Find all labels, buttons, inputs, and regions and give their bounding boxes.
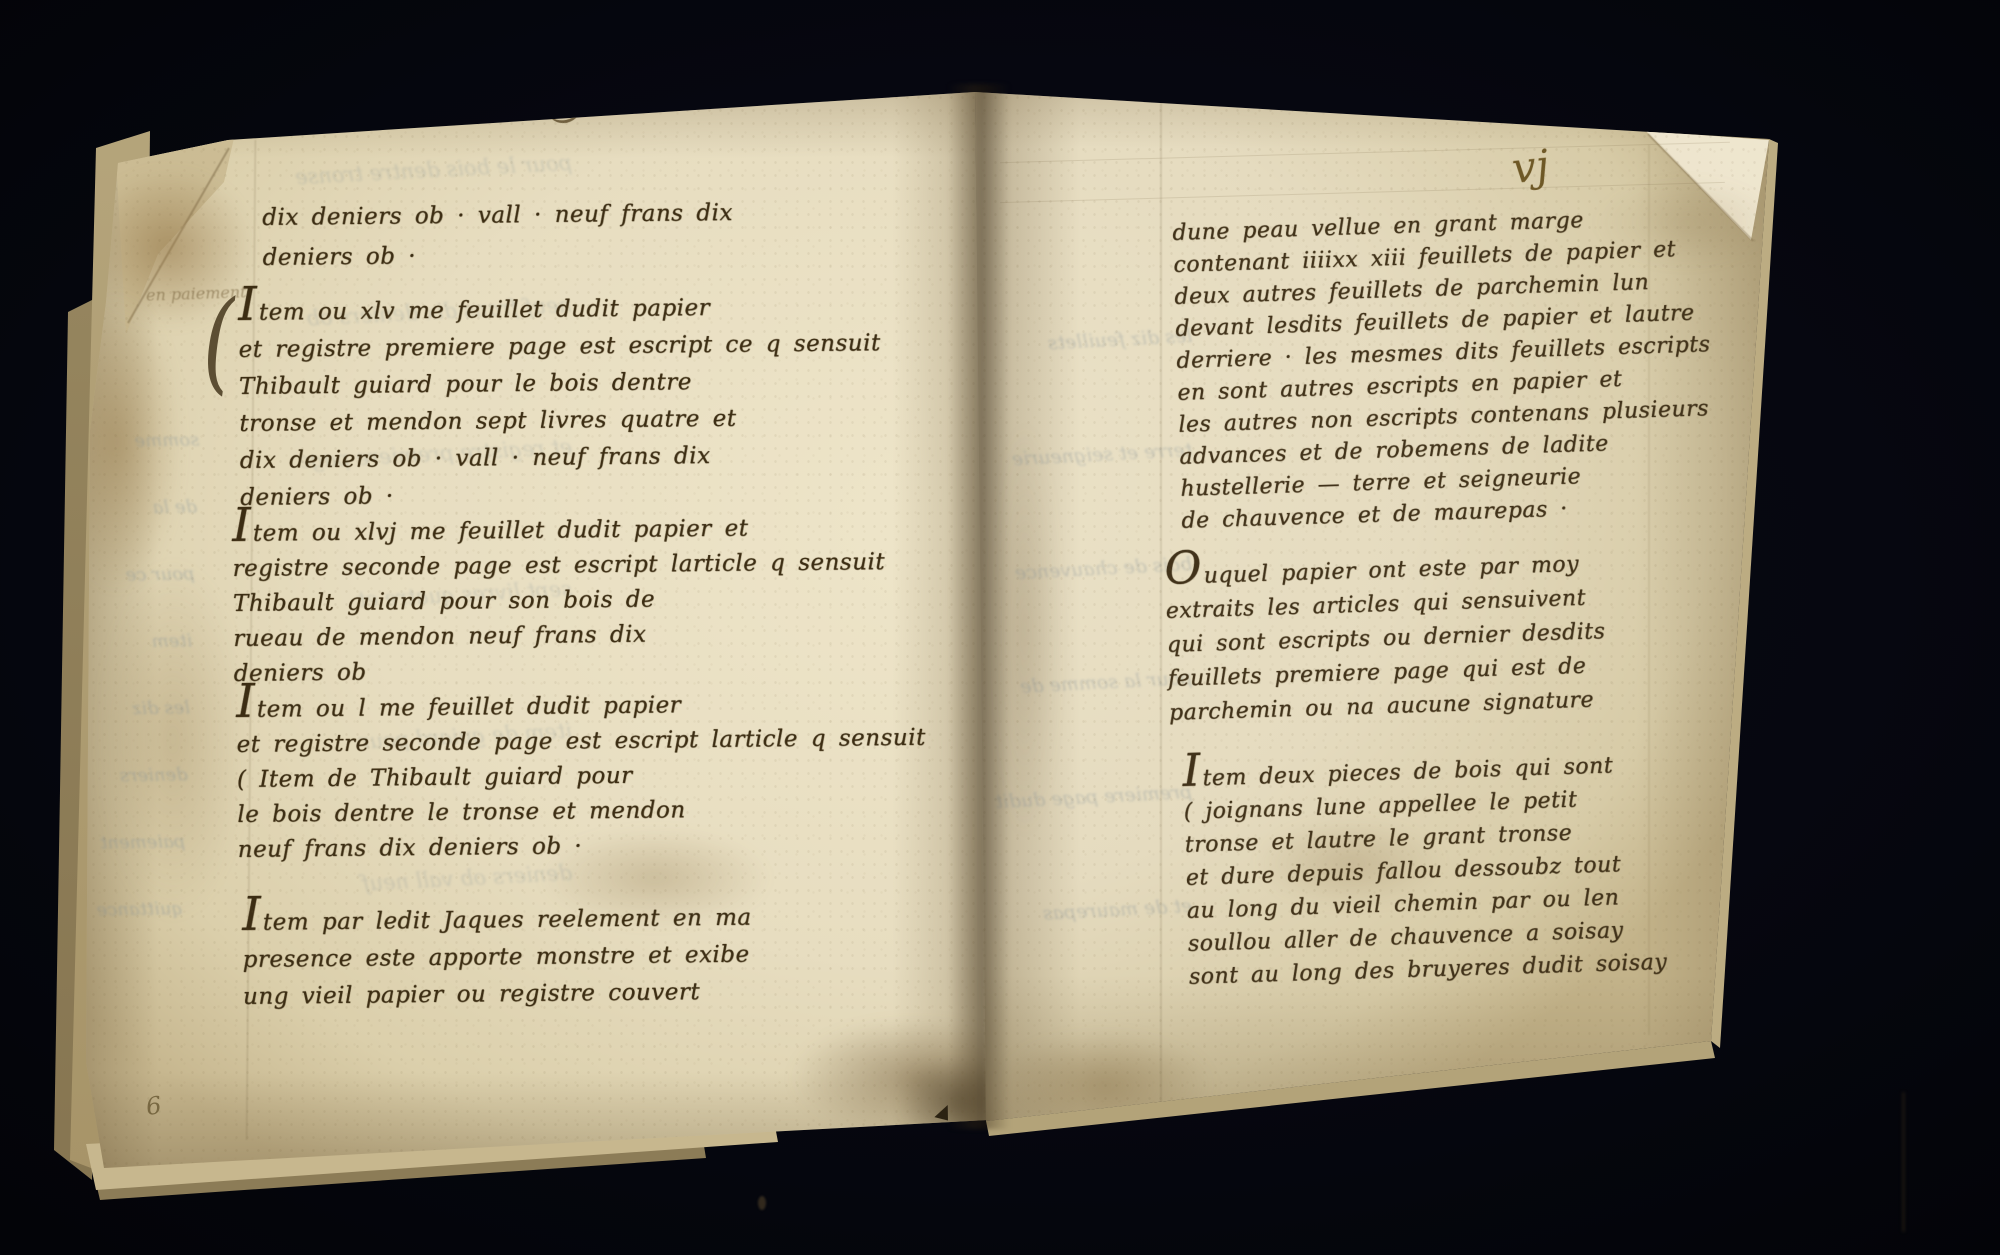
stray-pen-stroke [546, 101, 583, 127]
crease-line [1160, 100, 1162, 1110]
gathering-mark: 6 [144, 1091, 163, 1121]
manuscript-line: feuillets premiere page qui est de [1167, 649, 1606, 697]
manuscript-paragraph: Item deux pieces de bois qui sont( joign… [1182, 739, 1668, 994]
manuscript-line: dune peau vellue en grant marge [1172, 201, 1707, 250]
stain [98, 560, 248, 920]
manuscript-line: Item deux pieces de bois qui sont [1182, 739, 1661, 796]
manuscript-line: derriere · les mesmes dits feuillets esc… [1176, 329, 1711, 378]
ruled-line [1000, 142, 1730, 163]
manuscript-line: ung vieil papier ou registre couvert [243, 974, 753, 1016]
manuscript-line: et registre premiere page est escript ce… [238, 325, 880, 369]
bleedthrough-text: de la [110, 496, 197, 519]
page-shading [100, 86, 985, 158]
manuscript-line: dix deniers ob · vall · neuf frans dix [240, 436, 882, 480]
bleedthrough-text: terre et seigneurie [995, 439, 1193, 471]
page-shading [80, 130, 158, 1175]
manuscript-line: advances et de robemens de ladite [1179, 425, 1714, 474]
bleedthrough-column: sommede lapour ceitemles dizdenierspaiem… [95, 429, 200, 968]
manuscript-paragraph: dix deniers ob · vall · neuf frans dixde… [262, 193, 734, 278]
bleedthrough-text: et de maurepas [995, 895, 1193, 927]
ruled-line [1000, 182, 1725, 203]
manuscript-paragraph: Ouquel papier ont este par moyextraits l… [1164, 538, 1608, 731]
bleedthrough-text: somme [113, 429, 200, 452]
crease-line [1647, 133, 1754, 241]
manuscript-line: parchemin ou na aucune signature [1169, 683, 1608, 731]
bleedthrough-text: item [106, 630, 193, 653]
manuscript-line: et dure depuis fallou dessoubz tout [1185, 847, 1664, 895]
manuscript-line: devant lesdits feuillets de papier et la… [1175, 297, 1710, 346]
manuscript-paragraph: Item ou xlvj me feuillet dudit papier et… [232, 501, 886, 692]
background-speck [758, 1196, 766, 1210]
bleedthrough-text: quittance [96, 898, 183, 921]
manuscript-line: ( joignans lune appellee le petit [1183, 781, 1662, 829]
stain [1596, 178, 1776, 268]
bleedthrough-text: deniers ob vall neuf [295, 861, 573, 899]
manuscript-line: Thibault guiard pour le bois dentre [239, 362, 881, 406]
manuscript-line: en sont autres escripts en papier et [1177, 361, 1712, 410]
manuscript-line: de chauvence et de maurepas · [1181, 489, 1716, 538]
bleedthrough-text: item de guiard pour [295, 719, 573, 757]
stain [1255, 818, 1445, 908]
manuscript-line: Ouquel papier ont este par moy [1164, 538, 1604, 595]
stain [540, 828, 770, 928]
background-streak [1902, 1092, 1905, 1232]
manuscript-line: registre seconde page est escript lartic… [232, 545, 885, 587]
manuscript-line: qui sont escripts ou dernier desdits [1166, 615, 1605, 663]
crease-line [246, 140, 257, 1140]
manuscript-paragraph: Item ou xlv me feuillet dudit papieret r… [238, 279, 882, 517]
manuscript-paragraph: dune peau vellue en grant margecontenant… [1172, 201, 1716, 538]
book-gutter [948, 84, 1010, 1129]
bleedthrough-text: neuf frans dix deniers ob [295, 293, 573, 331]
bleedthrough-text: pour le bois dentre tronse [295, 151, 573, 189]
manuscript-line: Item par ledit Jaques reelement en ma [242, 891, 752, 942]
bleedthrough-text: paiement [99, 831, 186, 854]
manuscript-line: Thibault guiard pour son bois de [233, 580, 886, 622]
manuscript-line: dix deniers ob · vall · neuf frans dix [262, 193, 733, 238]
page-shading [975, 86, 1775, 148]
bleedthrough-column: les diz feuilletsterre et seigneuriebois… [995, 330, 1192, 1014]
bleedthrough-text: les diz feuillets [995, 325, 1193, 357]
crease-line [127, 148, 230, 324]
manuscript-line: deniers ob · [240, 473, 882, 517]
bleedthrough-text: premiere page dudit [995, 781, 1193, 813]
manuscript-line: deniers ob · [262, 233, 733, 278]
manuscript-line: contenant iiiixx xiii feuillets de papie… [1173, 233, 1708, 282]
bleedthrough-text: pour ce [108, 563, 195, 586]
page-shading [1636, 128, 1776, 1053]
manuscript-line: hustellerie — terre et seigneurie [1180, 457, 1715, 506]
marginal-note: en paiement [146, 282, 247, 304]
bleedthrough-text: et registre premiere page [295, 435, 573, 473]
manuscript-line: sont au long des bruyeres dudit soisay [1189, 946, 1668, 994]
manuscript-paragraph: Item ou l me feuillet dudit papieret reg… [236, 677, 927, 868]
bleedthrough-text: pour la somme de [995, 667, 1193, 699]
manuscript-line: neuf frans dix deniers ob · [238, 826, 928, 868]
manuscript-line: au long du vieil chemin par ou len [1186, 880, 1665, 928]
manuscript-line: deux autres feuillets de parchemin lun [1174, 265, 1709, 314]
manuscript-line: tronse et mendon sept livres quatre et [239, 399, 881, 443]
manuscript-paragraph: Item par ledit Jaques reelement en mapre… [242, 891, 753, 1016]
bleedthrough-column: pour le bois dentre tronseneuf frans dix… [295, 158, 572, 1010]
manuscript-line: extraits les articles qui sensuivent [1165, 581, 1604, 629]
manuscript-line: deniers ob [234, 650, 887, 692]
manuscript-line: Item ou l me feuillet dudit papier [236, 677, 926, 728]
bleedthrough-text: les diz [103, 697, 190, 720]
manuscript-line: Item ou xlv me feuillet dudit papier [238, 279, 881, 332]
manuscript-line: tronse et lautre le grant tronse [1184, 814, 1663, 862]
photo-background: sommede lapour ceitemles dizdenierspaiem… [0, 0, 2000, 1255]
manuscript-line: et registre seconde page est escript lar… [236, 721, 926, 763]
manuscript-line: soullou aller de chauvence a soisay [1187, 913, 1666, 961]
crease-line [1648, 145, 1650, 1035]
folio-number: vj [1510, 140, 1552, 193]
manuscript-line: Item ou xlvj me feuillet dudit papier et [232, 501, 885, 552]
bleedthrough-text: deniers [101, 764, 188, 787]
bleedthrough-text: sept livres quatre et [295, 577, 573, 615]
manuscript-line: ( Item de Thibault guiard pour [237, 756, 927, 798]
manuscript-line: les autres non escripts contenans plusie… [1178, 393, 1713, 442]
manuscript-line: le bois dentre le tronse et mendon [237, 791, 927, 833]
bleedthrough-text: bois de chauvence [995, 553, 1193, 585]
manuscript-line: presence este apporte monstre et exibe [242, 937, 752, 979]
manuscript-line: rueau de mendon neuf frans dix [233, 615, 886, 657]
